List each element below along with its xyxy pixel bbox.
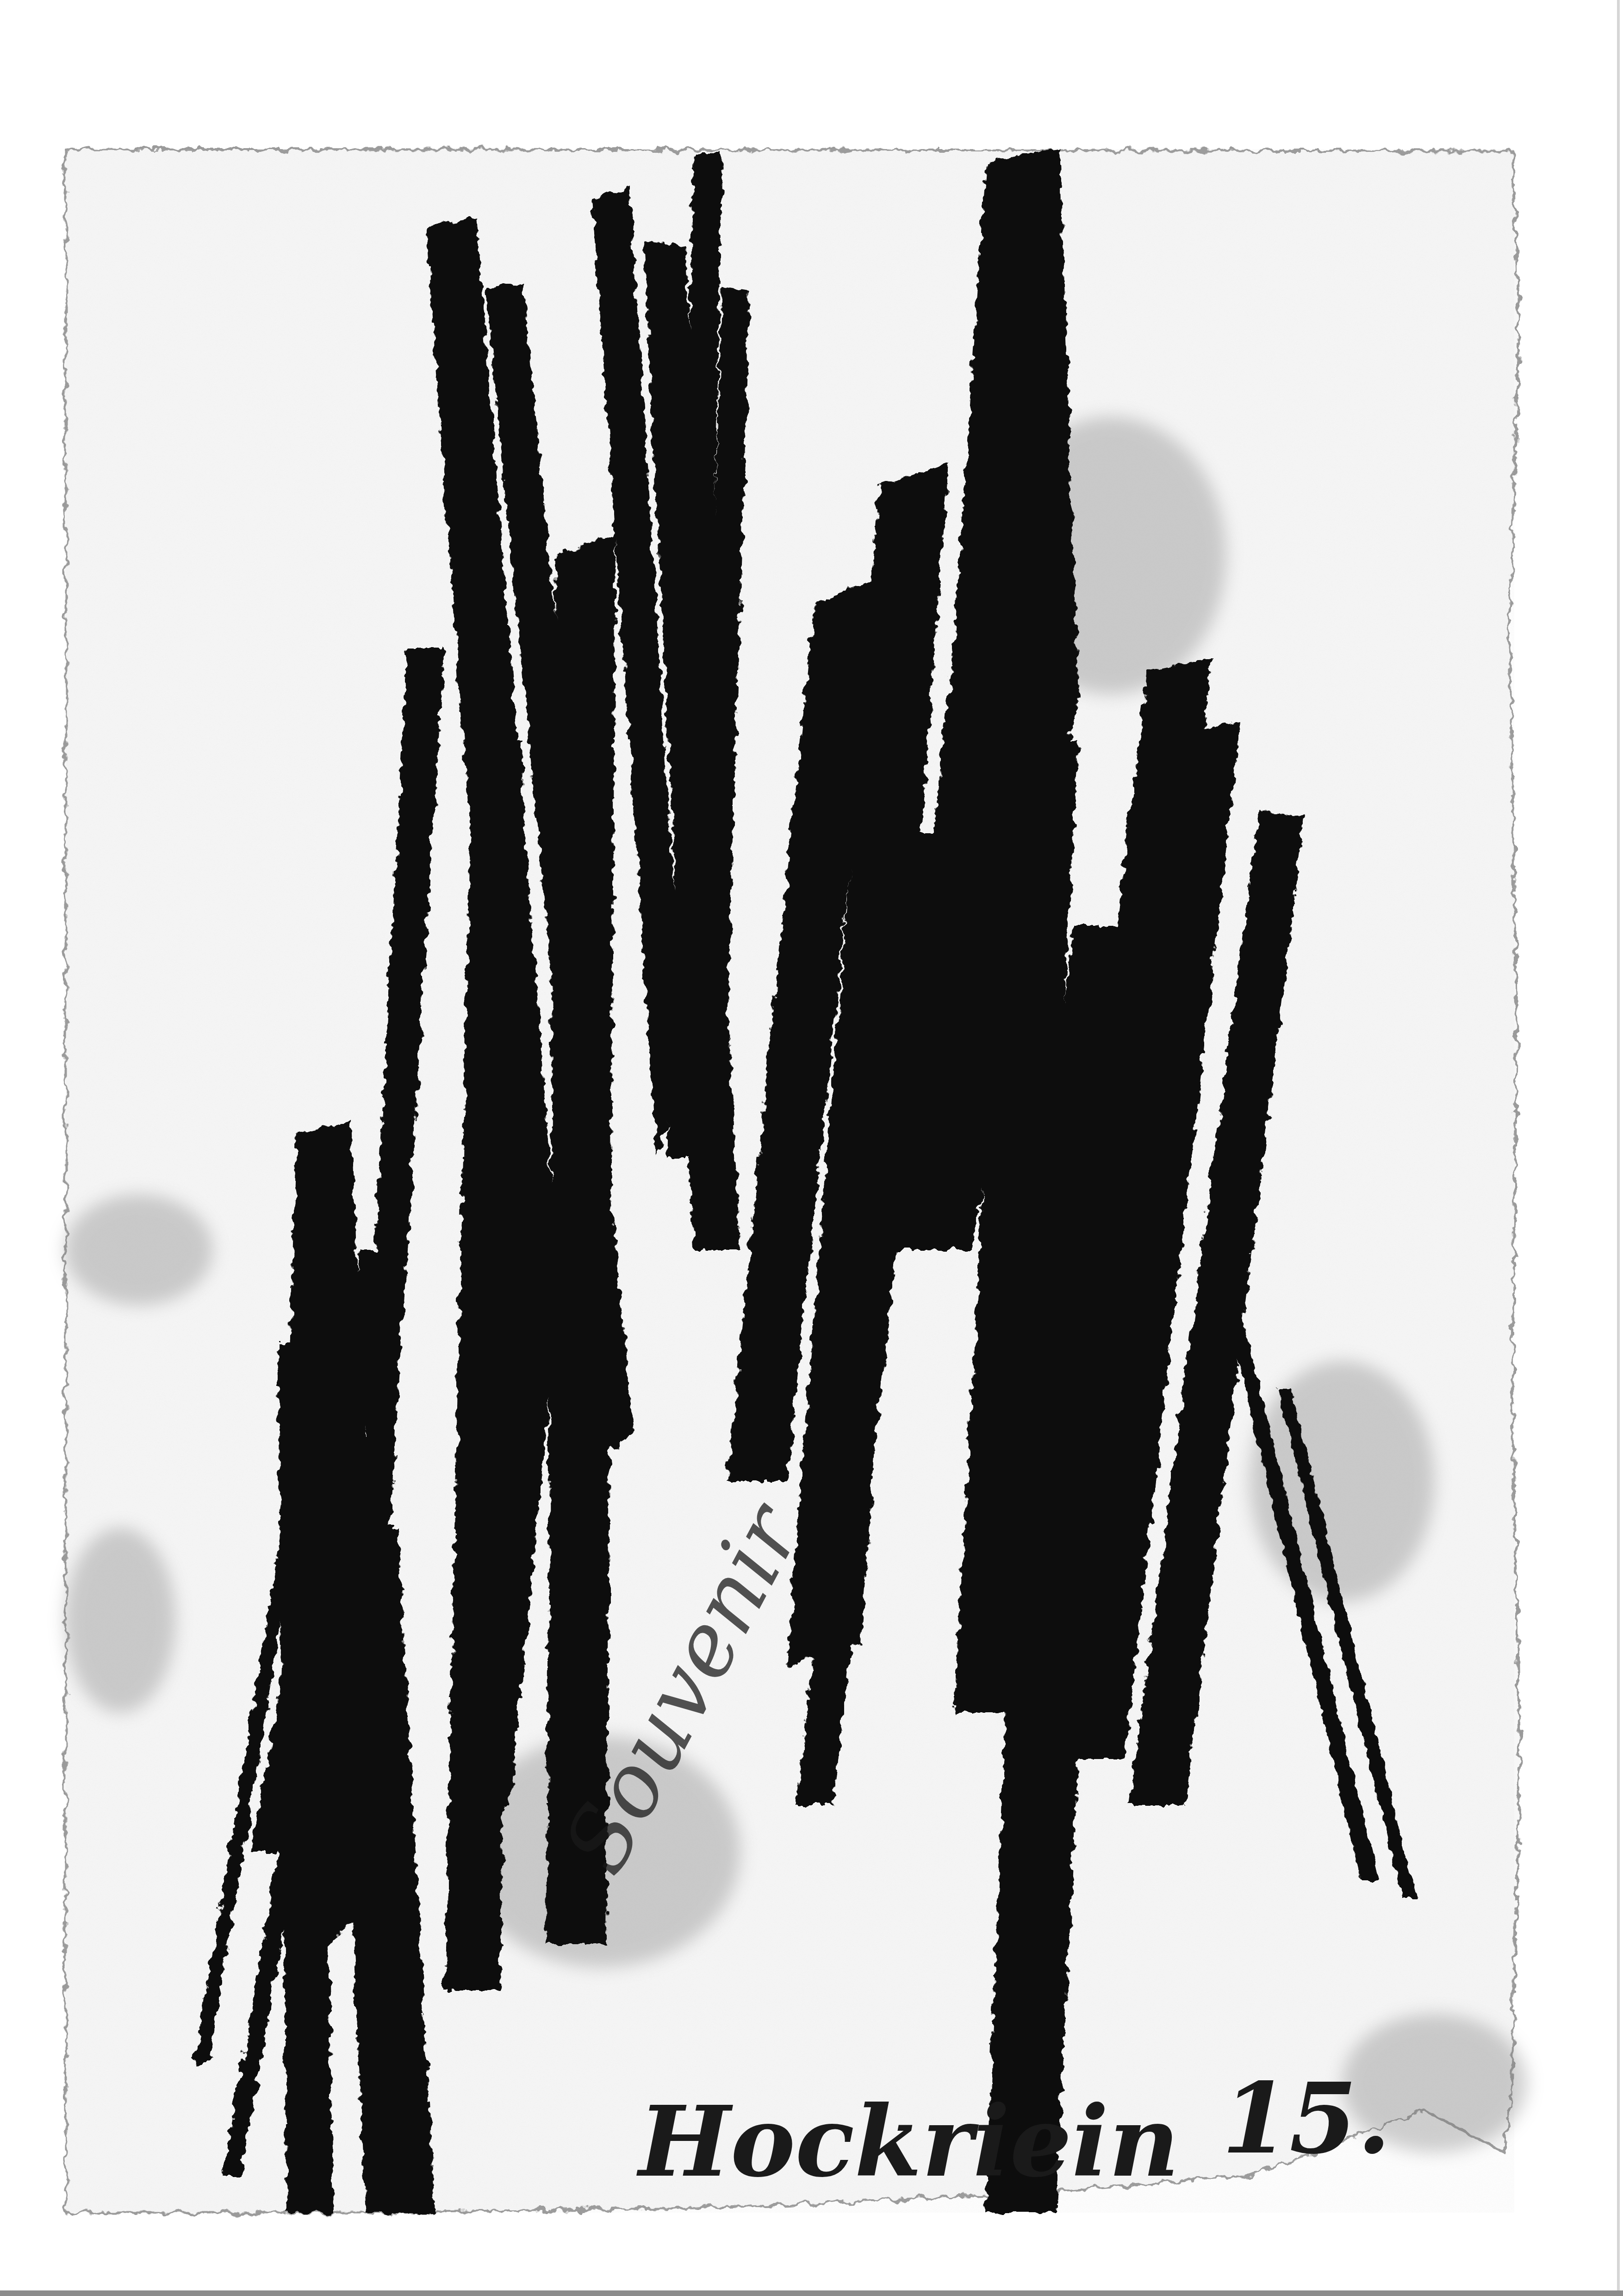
scanner-edge-right <box>1617 0 1620 2296</box>
artwork-scan: Souvenir Hockriein 15. <box>0 0 1623 2296</box>
artwork-date: 15. <box>1222 2061 1391 2176</box>
artist-signature: Hockriein <box>636 2084 1179 2199</box>
scanner-edge-bottom <box>0 2290 1623 2296</box>
